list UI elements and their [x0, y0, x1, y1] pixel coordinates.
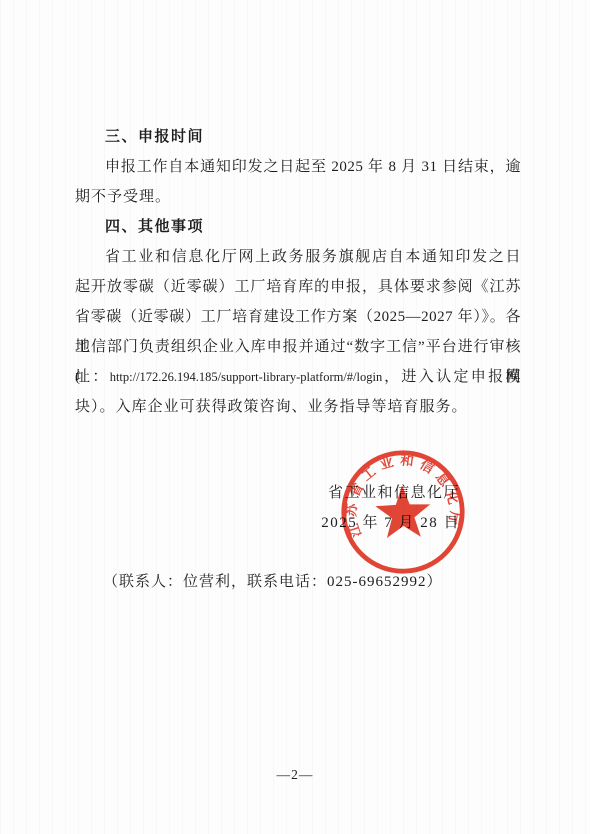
paragraph-line: 期不予受理。	[75, 182, 521, 212]
seal-star	[375, 484, 432, 538]
paragraph-line: 申报工作自本通知印发之日起至 2025 年 8 月 31 日结束，逾	[75, 152, 521, 182]
paragraph-line: 块）。入库企业可获得政策咨询、业务指导等培育服务。	[75, 392, 521, 422]
scanned-document-page: 三、申报时间 申报工作自本通知印发之日起至 2025 年 8 月 31 日结束，…	[0, 0, 590, 834]
official-red-seal: 江苏省工业和信息化厅	[337, 446, 469, 578]
section-4-heading: 四、其他事项	[75, 212, 521, 242]
contact-info: （联系人：位营利，联系电话：025-69652992）	[103, 567, 443, 597]
page-number: —2—	[0, 765, 590, 785]
paragraph-line-url: 址：http://172.26.194.185/support-library-…	[75, 362, 521, 392]
section-3-heading: 三、申报时间	[75, 122, 521, 152]
document-body: 三、申报时间 申报工作自本通知印发之日起至 2025 年 8 月 31 日结束，…	[75, 122, 521, 422]
url-prefix: 址：	[75, 369, 110, 385]
url-suffix: ，进入认定申报模	[382, 369, 521, 385]
paragraph-line: 工信部门负责组织企业入库申报并通过“数字工信”平台进行审核(网	[75, 332, 521, 362]
paragraph-line: 起开放零碳（近零碳）工厂培育库的申报，具体要求参阅《江苏	[75, 272, 521, 302]
paragraph-line: 省零碳（近零碳）工厂培育建设工作方案（2025—2027 年）》。各地	[75, 302, 521, 332]
portal-url: http://172.26.194.185/support-library-pl…	[110, 370, 383, 384]
paragraph-line: 省工业和信息化厅网上政务服务旗舰店自本通知印发之日	[75, 242, 521, 272]
seal-graphic: 江苏省工业和信息化厅	[337, 446, 469, 578]
